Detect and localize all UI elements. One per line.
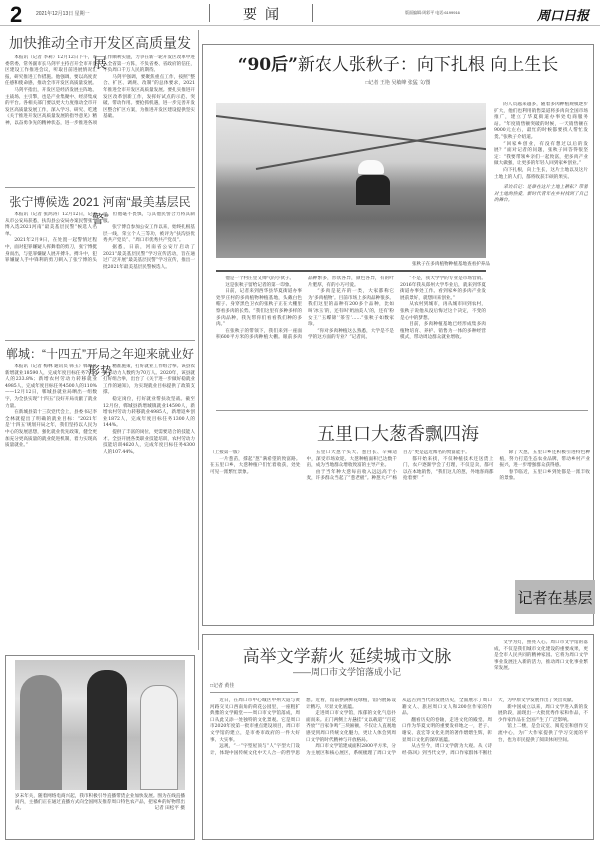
article-body-scallion: （上接第一版） 一片葱苗，撑起“葱”满希望的致富路。在五里口乡，大葱种植户们忙着… [210,450,590,576]
greenhouse-beam [216,115,486,151]
feature-body-right: 的人员越来越多，随着多肉种植规模逐步扩大，他们也利用销售渠道将多肉向全国市场推广… [494,102,588,402]
paragraph: 在新城县第十三次党代会上，县委书记李全林就提出了明确的就业目标：“2021年是‘… [5,410,97,450]
photo-credit: 记者 田松平 摄 [155,806,185,812]
page-number: 2 [10,2,22,28]
paragraph: 本报讯（记者 张鸿涛）12月12日，记者从市公安局获悉，扶沟县公安局办案民警张宁… [5,212,97,238]
article-headline-literature: 高举文学薪火 延续城市文脉 [202,642,492,667]
photo-caption-livestream: 岁末年关，随着网络电商兴起，我市积极引导直播带货企业加快发展。图为在线直播间内，… [15,794,185,812]
paragraph: 日前，记者来到西华县华夏街道办事处罗庄村的多肉植物种植基地，头戴白色帽子、身穿黑… [216,289,302,329]
paragraph: “回家乡创业，有没有想过以后的发展？”面对记者的问题，张秋子回答得很坚定：“我要… [494,142,588,168]
section-label: 要闻 [209,4,313,22]
feature-headline: “90后”新农人张秋子：向下扎根 向上生长 [202,50,594,75]
paragraph: 精准施策，打好就业工作组合拳。该县农村劳动力人数约为70万人。2020年，该县就… [103,364,195,397]
sidebar-note: 采访后记：是谁在这片土地上耕耘？带着对土地的热爱，新时代青年在乡村找到了自己的舞… [494,185,588,205]
person-figure-left [20,675,62,790]
article-subheadline-literature: ——周口市文学馆落成小记 [202,665,492,678]
person-figure-farmer-body [356,175,390,205]
paragraph: 本报讯（记者 李莉）12月12日下午，市委常委、常务副市长马剑平主持召开全市开发… [5,55,97,88]
paragraph: 馆上二楼，是会议室、阅览室和创作交流中心，为广大作家提供了学习交流的平台，也为市… [498,724,588,744]
paragraph: 走进周口市文学馆，浓郁的文化气息扑面而来。正门两侧上方悬挂“文以载道”“百花齐放… [306,711,396,744]
article-body-literature: 近日，在周口市中心城区中州大道与黄河路交叉口西南角的荷花公园里，一座粗犷典雅的文… [210,698,588,836]
column-divider [198,30,199,650]
paragraph: “不是，我大学学的专业是市场营销。2016年我从郑州大学毕业后，就来到华夏街道办… [400,276,486,302]
paragraph: 一片葱苗，撑起“葱”满希望的致富路。在五里口乡，大葱种植户们忙着收获，处处可见一… [210,457,301,477]
person-figure-center [87,670,127,790]
masthead: 2 2021年12月13日 星期一 要闻 版面编辑:周彩平 电话:6199916… [0,0,600,26]
paragraph: 马剑平强调，要聚焦重点工作，按照“整合、扩区、调规、改制”的总体要求，2021年… [103,75,195,121]
paragraph: 稳定岗位，打好就业帮扶攻坚战。截至12月份，郸城县新增城镇就业14590人，新增… [103,397,195,430]
article-body-development-zone: 本报讯（记者 李莉）12月12日下午，市委常委、常务副市长马剑平主持召开全市开发… [5,55,195,180]
feature-byline: □记者 王艳 吴敏峰 张猛 文/图 [202,79,594,86]
newspaper-logo: 周口日报 [537,5,589,24]
paragraph: 向下扎根，向上生长，这片土地以及这片土地上的人们，都将收获丰硕的果实。 [494,168,588,181]
paragraph: 据悉，日前，河南省公安厅启动了2021“最美基层民警”学习宣传活动，旨在通过广泛… [103,245,195,271]
paragraph: 新中国成立以来，周口文学进入新的发展阶段，涌现出一大批优秀作家和作品，不少作家作… [498,705,588,725]
continued-label: （上接第一版） [210,450,301,457]
photo-livestream [15,660,185,790]
paragraph: 张宁博自参加公安工作以来，始终扎根基层一线，荣立个人三等功，被评为“扶沟县优秀共… [103,225,195,245]
paragraph: 他是一个村庄里又帅气的小伙子。 [216,276,302,283]
photo-greenhouse [216,103,486,258]
paragraph: 春节临近，五里口乡到处都是一派丰收的景象。 [500,470,591,483]
article-body-literature-right: 文学为灯，照亮人心。周口市文学馆的落成，不仅是我们城市文化建设的重要成果，更是全… [494,640,588,680]
editor-line: 版面编辑:周彩平 电话:6199916 [405,10,460,16]
paragraph: “多肉是花卉的一类，大家都称它为‘多肉植物’。目前市场上多肉品种很多。我们这里的… [308,289,394,329]
paragraph: 除了大葱，五里口乡还积极引进特色种植，努力打造生态农业品牌，带动乡村产业振兴，进… [500,450,591,470]
person-figure-farmer [358,160,384,174]
article-headline-scallion: 五里口大葱香飘四海 [202,420,594,446]
paragraph: 翻看历史的卷轴，走进文化的殿堂。周口作为华夏文明的重要发祥地之一，老子、谢安、袁… [402,718,492,744]
paragraph: 本报讯（记者 梅林 通讯员 韩玉）郸城县新增就业18590人，完成年度目标任务7… [5,364,97,410]
reporter-grassroots-badge: 记者在基层 [515,580,595,614]
paragraph: 的人员越来越多，随着多肉种植规模逐步扩大，他们也利用销售渠道将多肉向全国市场推广… [494,102,588,142]
feature-photo-caption: 张秋子在多肉植物种植基地查看护养品 [300,262,490,268]
article-body-police: 本报讯（记者 张鸿涛）12月12日，记者从市公安局获悉，扶沟县公安局办案民警张宁… [5,212,195,336]
paragraph: 五里口大葱个头大、葱白长、辛辣适中，深受市场欢迎。大葱种植面积已达数千亩，成为当… [307,450,398,470]
paragraph: 近日，在周口市中心城区中州大道与黄河路交叉口西南角的荷花公园里，一座粗犷典雅的文… [210,698,300,744]
feature-body: 他是一个村庄里又帅气的小伙子。 这是张秋子留给记者的第一印象。 日前，记者来到西… [216,276,486,404]
paragraph: 文学为灯，照亮人心。周口市文学馆的落成，不仅是我们城市文化建设的重要成果，更是全… [494,640,588,673]
person-figure-right [140,685,178,790]
article-body-employment: 本报讯（记者 梅林 通讯员 韩玉）郸城县新增就业18590人，完成年度目标任务7… [5,364,195,646]
divider [5,187,195,188]
paragraph: 都开始来找，不仅种植技术还送货上门，农户逐渐学会了打理，不仅是卖，都可以在本地销… [403,457,494,483]
divider [216,410,588,411]
divider [5,340,195,341]
paragraph: 目前，多肉种植基地已经形成集多肉植物培育、养护、销售为一体的多种经营模式，带动周… [400,322,486,342]
paragraph: 提供了丰富的岗位，更需要适合的技能人才。全县开展各类职业技能培训，农村劳动力技能… [103,430,195,456]
issue-date: 2021年12月13日 星期一 [36,10,90,17]
paragraph: “你对多肉种植这么熟悉，大学是不是学的这方面的专业？”记者问。 [308,329,394,342]
paragraph: 从农村到城市，再从城市回到农村，张秋子说他从没后悔过这个决定，不变的是心中的梦想… [400,302,486,322]
divider [216,270,486,272]
divider [210,692,298,693]
literature-byline: □记者 黄佳 [210,682,234,689]
